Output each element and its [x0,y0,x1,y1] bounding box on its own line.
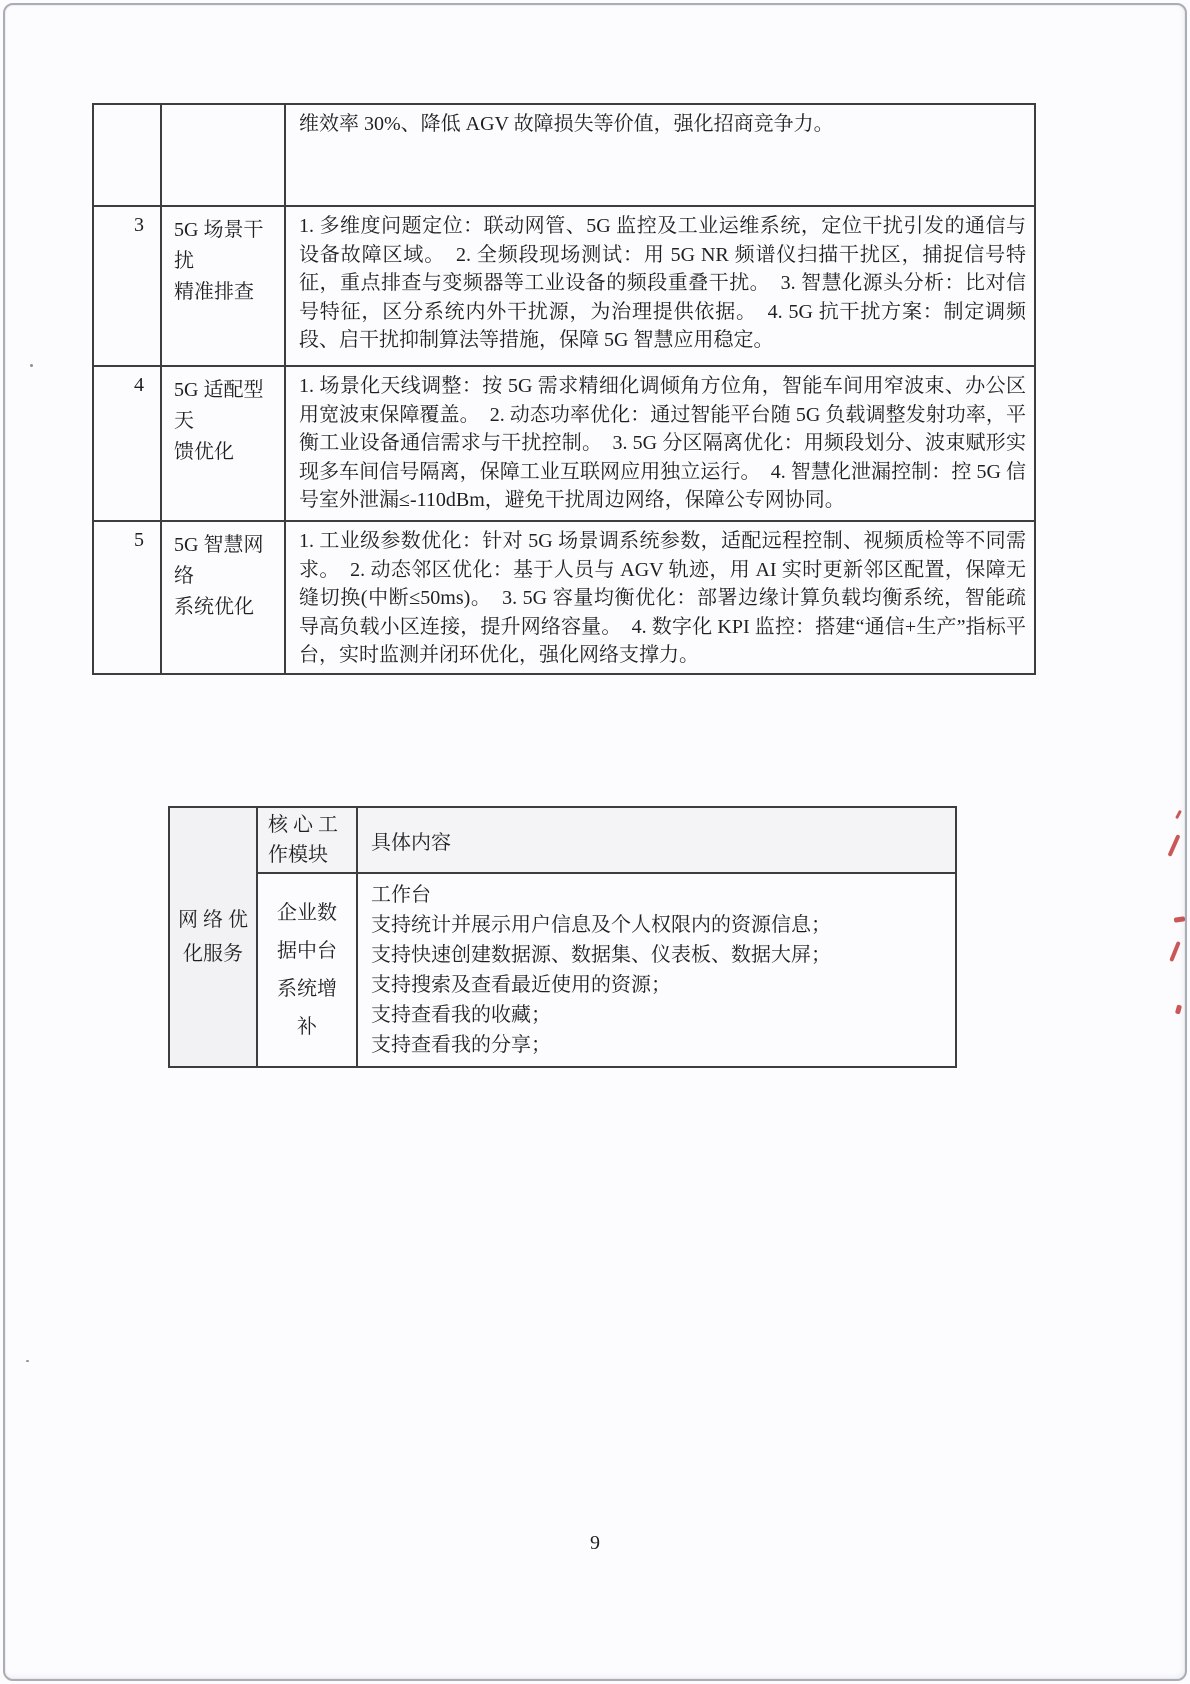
table-row: 5 5G 智慧网络 系统优化 1. 工业级参数优化：针对 5G 场景调系统参数，… [93,521,1035,674]
content-line: 支持统计并展示用户信息及个人权限内的资源信息； [371,910,945,940]
red-ink-mark [1169,941,1181,962]
module-content: 1. 场景化天线调整：按 5G 需求精细化调倾角方位角，智能车间用窄波束、办公区… [285,366,1035,521]
red-ink-mark [1175,1005,1182,1015]
module-content: 维效率 30%、降低 AGV 故障损失等价值，强化招商竞争力。 [285,104,1035,206]
table-row-continuation: 维效率 30%、降低 AGV 故障损失等价值，强化招商竞争力。 [93,104,1035,206]
column-header-content: 具体内容 [357,807,956,873]
table-header-row: 网 络 优 化服务 核 心 工 作模块 具体内容 [169,807,956,873]
content-line: 支持快速创建数据源、数据集、仪表板、数据大屏； [371,940,945,970]
red-ink-mark [1175,810,1182,819]
module-content: 1. 工业级参数优化：针对 5G 场景调系统参数，适配远程控制、视频质检等不同需… [285,521,1035,674]
module-name: 5G 场景干扰 精准排查 [161,206,285,366]
service-items-table: 维效率 30%、降低 AGV 故障损失等价值，强化招商竞争力。 3 5G 场景干… [92,103,1036,675]
module-content: 1. 多维度问题定位：联动网管、5G 监控及工业运维系统，定位干扰引发的通信与设… [285,206,1035,366]
row-number: 4 [93,366,161,521]
table-body-row: 企业数 据中台 系统增 补 工作台 支持统计并展示用户信息及个人权限内的资源信息… [169,873,956,1067]
content-line: 支持查看我的分享； [371,1030,945,1060]
red-ink-mark [1174,916,1186,922]
scan-speck [26,1360,29,1362]
module-name [161,104,285,206]
page-number: 9 [0,1532,1190,1555]
content-line: 工作台 [371,880,945,910]
document-page: 维效率 30%、降低 AGV 故障损失等价值，强化招商竞争力。 3 5G 场景干… [0,0,1190,1684]
row-number: 5 [93,521,161,674]
module-name: 5G 适配型天 馈优化 [161,366,285,521]
module-content: 工作台 支持统计并展示用户信息及个人权限内的资源信息； 支持快速创建数据源、数据… [357,873,956,1067]
column-header-module: 核 心 工 作模块 [257,807,357,873]
core-module-table: 网 络 优 化服务 核 心 工 作模块 具体内容 企业数 据中台 系统增 补 工… [168,806,957,1068]
red-ink-mark [1167,834,1180,857]
service-category-cell: 网 络 优 化服务 [169,807,257,1067]
content-line: 支持搜索及查看最近使用的资源； [371,970,945,1000]
table-row: 4 5G 适配型天 馈优化 1. 场景化天线调整：按 5G 需求精细化调倾角方位… [93,366,1035,521]
table-row: 3 5G 场景干扰 精准排查 1. 多维度问题定位：联动网管、5G 监控及工业运… [93,206,1035,366]
scan-speck [30,364,33,367]
row-number [93,104,161,206]
row-number: 3 [93,206,161,366]
content-line: 支持查看我的收藏； [371,1000,945,1030]
module-name: 5G 智慧网络 系统优化 [161,521,285,674]
module-name: 企业数 据中台 系统增 补 [257,873,357,1067]
